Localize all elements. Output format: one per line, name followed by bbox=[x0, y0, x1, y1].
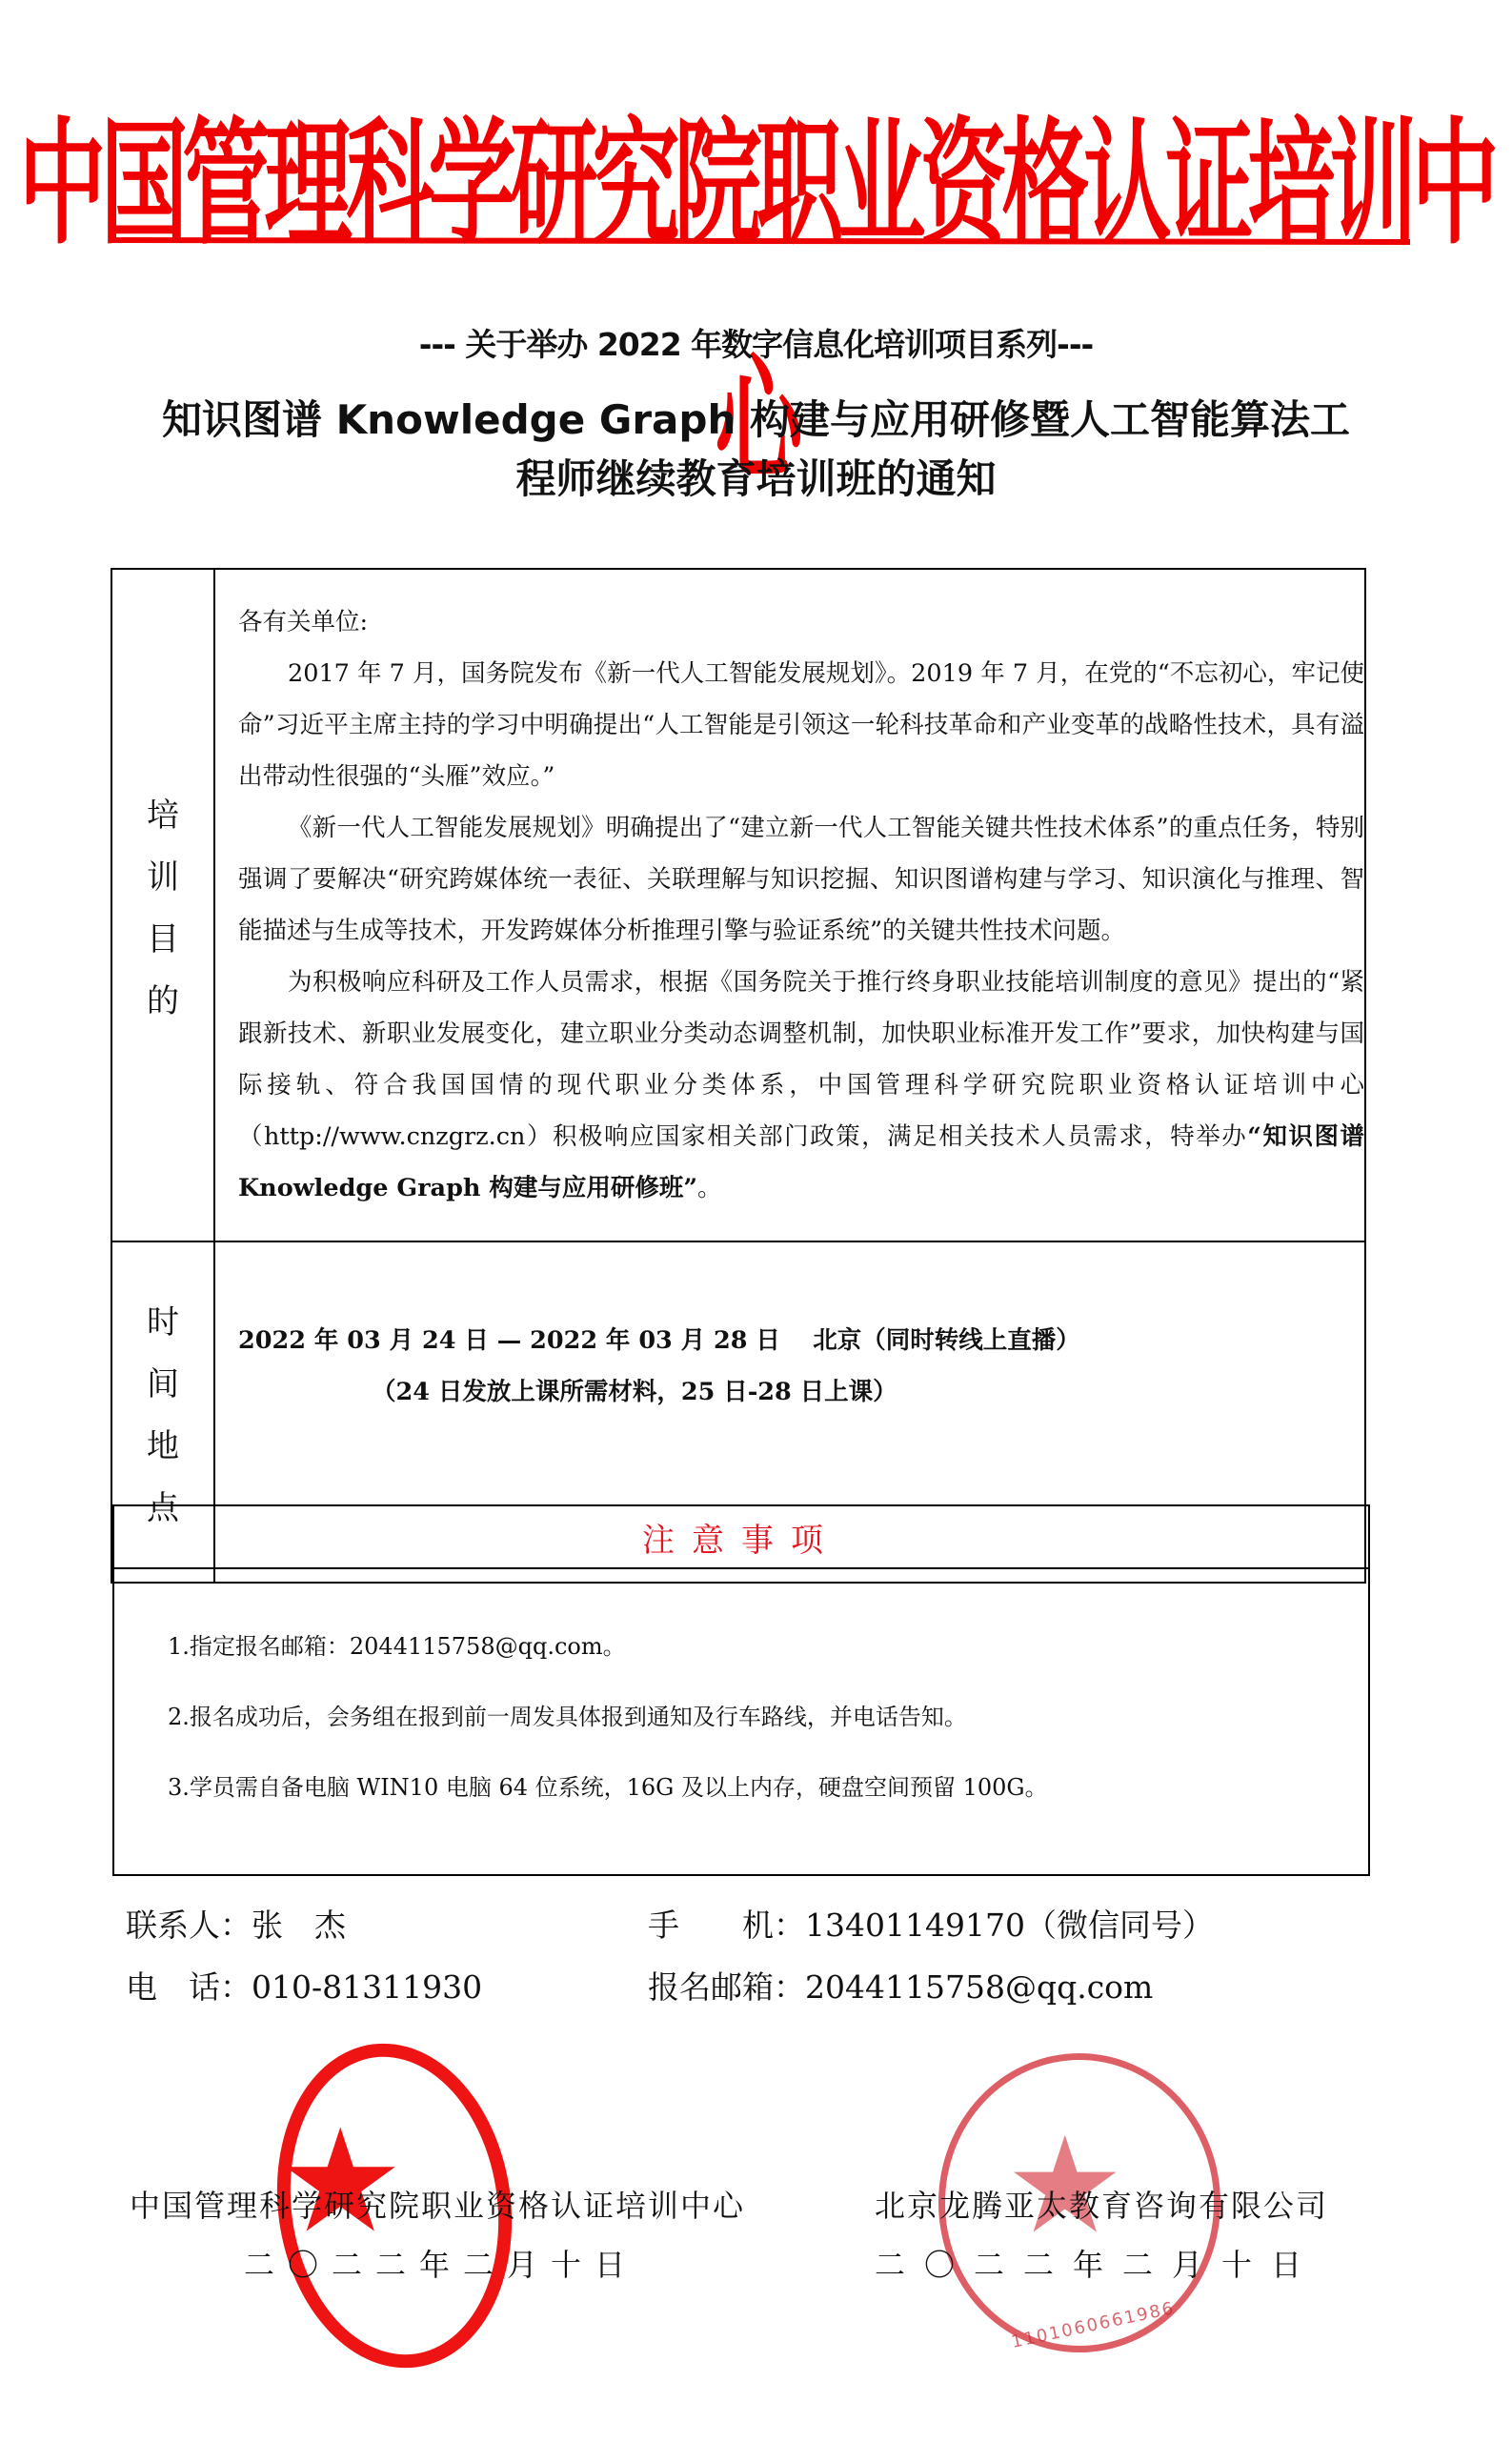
label-char: 地 bbox=[147, 1420, 179, 1466]
note-item: 1.指定报名邮箱：2044115758@qq.com。 bbox=[168, 1611, 1368, 1682]
paragraph-text: 为积极响应科研及工作人员需求，根据《国务院关于推行终身职业技能培训制度的意见》提… bbox=[238, 968, 1364, 1151]
contact-email[interactable]: 报名邮箱：2044115758@qq.com bbox=[648, 1963, 1153, 2008]
paragraph: 为积极响应科研及工作人员需求，根据《国务院关于推行终身职业技能培训制度的意见》提… bbox=[238, 957, 1364, 1214]
salutation: 各有关单位: bbox=[238, 596, 1364, 648]
series-subtitle: --- 关于举办 2022 年数字信息化培训项目系列--- bbox=[0, 320, 1512, 365]
schedule-dates: 2022 年 03 月 24 日 — 2022 年 03 月 28 日 北京（同… bbox=[238, 1315, 1364, 1366]
notice-title-line-1: 知识图谱 Knowledge Graph 构建与应用研修暨人工智能算法工 bbox=[0, 389, 1512, 446]
contact-person: 联系人：张 杰 bbox=[126, 1901, 346, 1946]
training-purpose-row: 培 训 目 的 各有关单位: 2017 年 7 月，国务院发布《新一代人工智能发… bbox=[111, 569, 1365, 1241]
notice-title-line-2: 程师继续教育培训班的通知 bbox=[0, 448, 1512, 505]
paragraph: 《新一代人工智能发展规划》明确提出了“建立新一代人工智能关键共性技术体系”的重点… bbox=[238, 802, 1364, 957]
schedule-note: （24 日发放上课所需材料，25 日-28 日上课） bbox=[238, 1366, 1364, 1418]
issue-date: 二〇二二年二月十日 bbox=[244, 2241, 638, 2285]
label-char: 训 bbox=[147, 851, 179, 898]
notes-title: 注意事项 bbox=[113, 1505, 1369, 1568]
label-char: 培 bbox=[147, 789, 179, 836]
issue-date: 二〇二二年二月十日 bbox=[875, 2241, 1320, 2285]
paragraph-end: 。 bbox=[697, 1174, 722, 1202]
info-table: 培 训 目 的 各有关单位: 2017 年 7 月，国务院发布《新一代人工智能发… bbox=[111, 568, 1366, 1584]
training-purpose-label: 培 训 目 的 bbox=[111, 569, 214, 1241]
note-item: 2.报名成功后，会务组在报到前一周发具体报到通知及行车路线，并电话告知。 bbox=[168, 1682, 1368, 1752]
notes-body: 1.指定报名邮箱：2044115758@qq.com。 2.报名成功后，会务组在… bbox=[113, 1568, 1369, 1875]
label-char: 时 bbox=[147, 1296, 179, 1342]
paragraph: 2017 年 7 月，国务院发布《新一代人工智能发展规划》。2019 年 7 月… bbox=[238, 648, 1364, 802]
label-char: 间 bbox=[147, 1358, 179, 1404]
label-char: 的 bbox=[147, 975, 179, 1021]
note-item: 3.学员需自备电脑 WIN10 电脑 64 位系统，16G 及以上内存，硬盘空间… bbox=[168, 1752, 1368, 1823]
notes-table: 注意事项 1.指定报名邮箱：2044115758@qq.com。 2.报名成功后… bbox=[112, 1504, 1370, 1876]
contact-mobile: 手 机：13401149170（微信同号） bbox=[648, 1901, 1214, 1946]
training-purpose-content: 各有关单位: 2017 年 7 月，国务院发布《新一代人工智能发展规划》。201… bbox=[214, 569, 1365, 1241]
label-char: 目 bbox=[147, 913, 179, 959]
issuer-name: 北京龙腾亚太教育咨询有限公司 bbox=[875, 2182, 1328, 2226]
issuer-name: 中国管理科学研究院职业资格认证培训中心 bbox=[130, 2182, 745, 2226]
contact-phone: 电 话：010-81311930 bbox=[126, 1963, 482, 2008]
